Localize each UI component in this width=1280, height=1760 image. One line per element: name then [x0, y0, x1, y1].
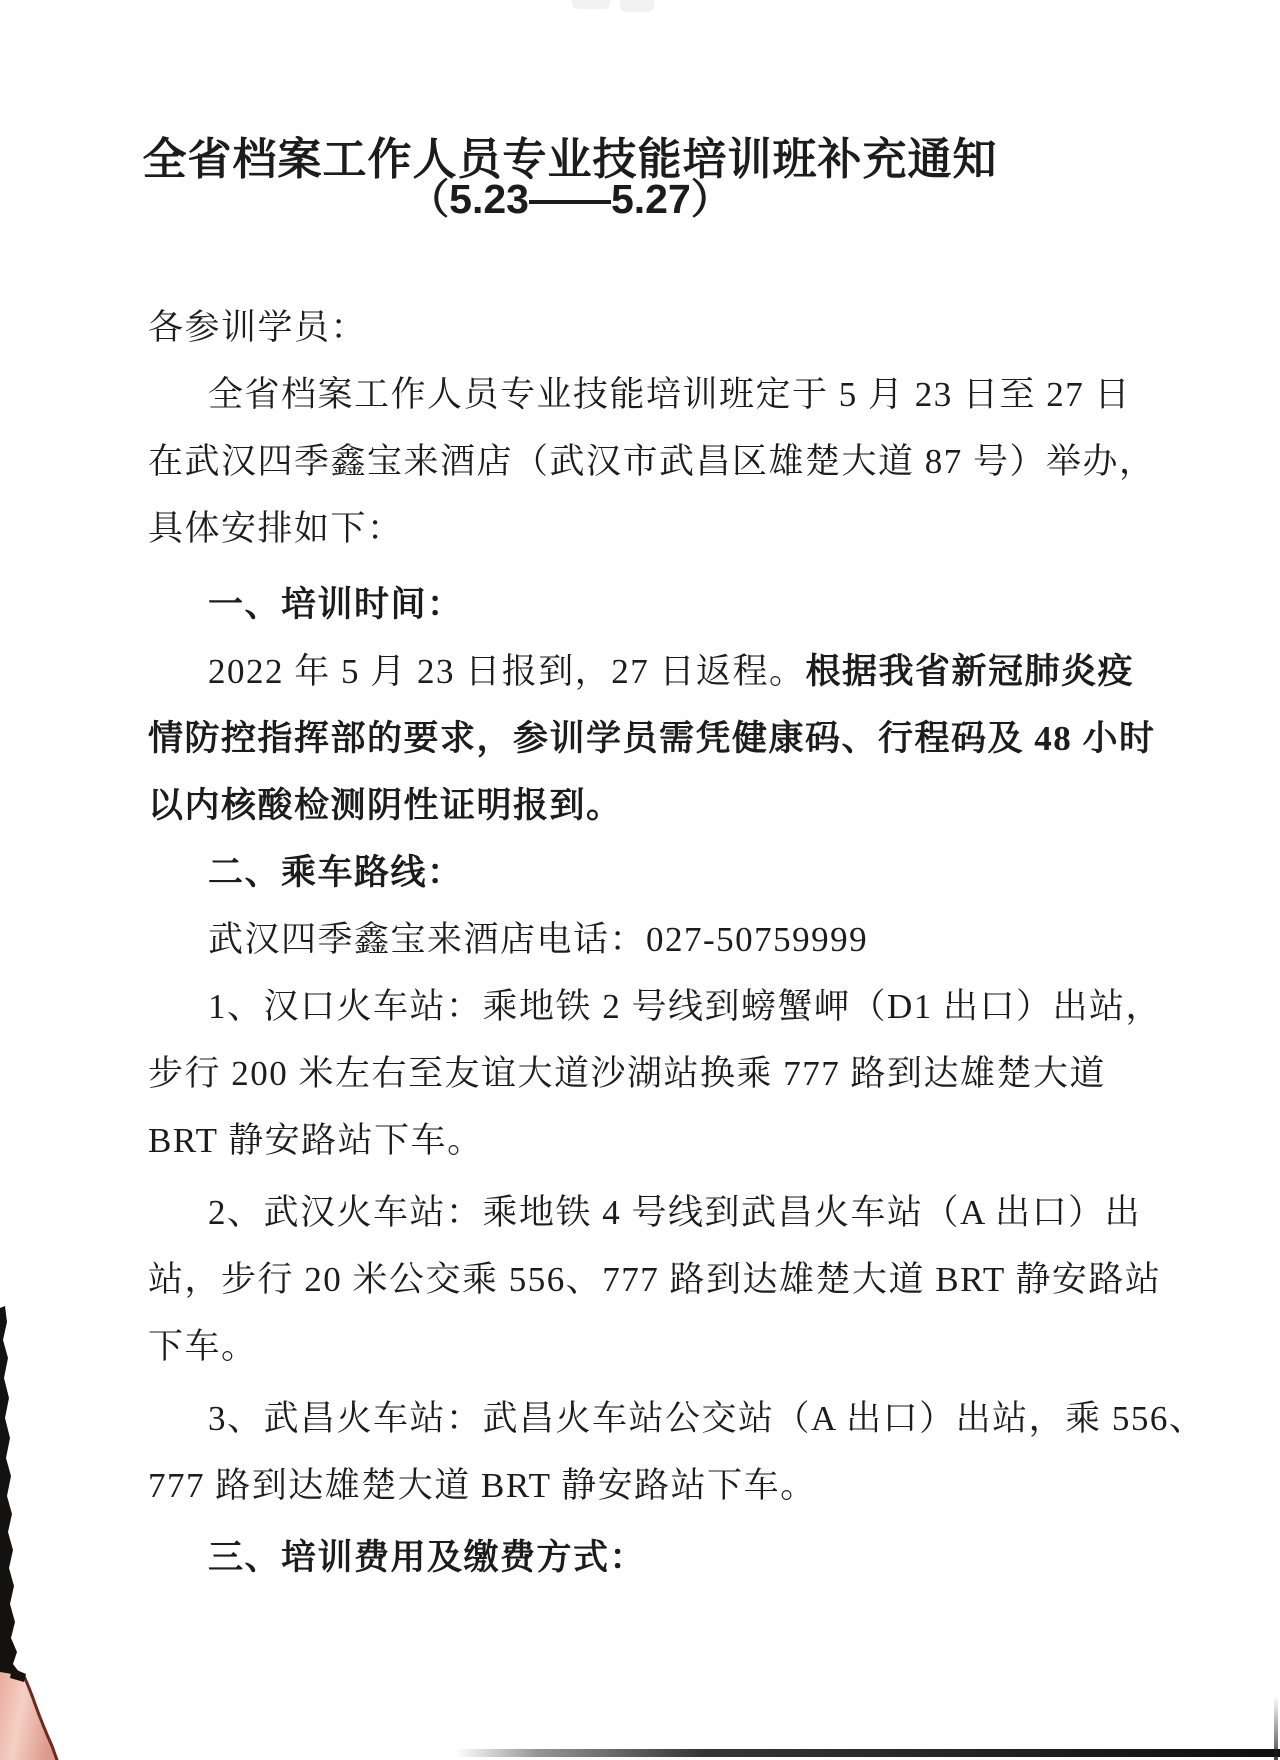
doc-line: 一、培训时间：: [148, 571, 1108, 638]
doc-line: 以内核酸检测阴性证明报到。: [148, 772, 1108, 839]
right-edge-shadow: [1274, 1696, 1278, 1760]
line-segment: 以内核酸检测阴性证明报到。: [148, 786, 623, 825]
doc-line: 3、武昌火车站：武昌火车站公交站（A 出口）出站，乘 556、: [148, 1385, 1108, 1452]
line-segment: 站，步行 20 米公交乘 556、777 路到达雄楚大道 BRT 静安路站: [148, 1260, 1161, 1299]
line-segment: 1、汉口火车站：乘地铁 2 号线到螃蟹岬（D1 出口）出站，: [208, 987, 1162, 1026]
doc-line: 三、培训费用及缴费方式：: [148, 1524, 1108, 1591]
line-segment: 777 路到达雄楚大道 BRT 静安路站下车。: [148, 1466, 817, 1505]
doc-line: 全省档案工作人员专业技能培训班定于 5 月 23 日至 27 日: [148, 361, 1108, 428]
doc-line: 2、武汉火车站：乘地铁 4 号线到武昌火车站（A 出口）出: [148, 1179, 1108, 1246]
line-segment: 在武汉四季鑫宝来酒店（武汉市武昌区雄楚大道 87 号）举办，: [148, 442, 1156, 481]
top-smudge: [572, 0, 610, 9]
line-segment: 全省档案工作人员专业技能培训班定于 5 月 23 日至 27 日: [208, 375, 1131, 414]
doc-line: BRT 静安路站下车。: [148, 1107, 1108, 1174]
doc-line: 武汉四季鑫宝来酒店电话：027-50759999: [148, 906, 1108, 973]
line-segment: 3、武昌火车站：武昌火车站公交站（A 出口）出站，乘 556、: [208, 1399, 1205, 1438]
line-segment: 二、乘车路线：: [208, 853, 464, 892]
line-segment: 下车。: [148, 1327, 258, 1366]
notice-body: 各参训学员：全省档案工作人员专业技能培训班定于 5 月 23 日至 27 日在武…: [148, 294, 1108, 1591]
line-segment: 各参训学员：: [148, 308, 367, 347]
doc-line: 下车。: [148, 1313, 1108, 1380]
line-segment: 武汉四季鑫宝来酒店电话：027-50759999: [208, 920, 868, 959]
paper-edge-artifact: [0, 1300, 70, 1760]
line-segment: 三、培训费用及缴费方式：: [208, 1538, 646, 1577]
scanned-notice-page: 全省档案工作人员专业技能培训班补充通知 （5.23——5.27） 各参训学员：全…: [0, 0, 1280, 1760]
doc-line: 步行 200 米左右至友谊大道沙湖站换乘 777 路到达雄楚大道: [148, 1040, 1108, 1107]
line-segment: 2、武汉火车站：乘地铁 4 号线到武昌火车站（A 出口）出: [208, 1193, 1141, 1232]
doc-line: 具体安排如下：: [148, 495, 1108, 562]
bottom-edge-shadow: [455, 1749, 1280, 1757]
notice-subtitle: （5.23——5.27）: [40, 166, 1100, 225]
doc-line: 1、汉口火车站：乘地铁 2 号线到螃蟹岬（D1 出口）出站，: [148, 973, 1108, 1040]
doc-line: 2022 年 5 月 23 日报到，27 日返程。根据我省新冠肺炎疫: [148, 638, 1108, 705]
line-segment: BRT 静安路站下车。: [148, 1121, 484, 1160]
torn-edge-shape: [0, 1306, 19, 1680]
line-segment: 具体安排如下：: [148, 509, 404, 548]
doc-line: 在武汉四季鑫宝来酒店（武汉市武昌区雄楚大道 87 号）举办，: [148, 428, 1108, 495]
doc-line: 777 路到达雄楚大道 BRT 静安路站下车。: [148, 1452, 1108, 1519]
doc-line: 各参训学员：: [148, 294, 1108, 361]
line-segment: 情防控指挥部的要求，参训学员需凭健康码、行程码及 48 小时: [148, 719, 1156, 758]
line-segment: 2022 年 5 月 23 日报到，27 日返程。: [208, 652, 806, 691]
line-segment: 根据我省新冠肺炎疫: [806, 652, 1135, 691]
doc-line: 站，步行 20 米公交乘 556、777 路到达雄楚大道 BRT 静安路站: [148, 1246, 1108, 1313]
line-segment: 一、培训时间：: [208, 585, 464, 624]
doc-line: 二、乘车路线：: [148, 839, 1108, 906]
top-smudge: [620, 0, 654, 12]
doc-line: 情防控指挥部的要求，参训学员需凭健康码、行程码及 48 小时: [148, 705, 1108, 772]
line-segment: 步行 200 米左右至友谊大道沙湖站换乘 777 路到达雄楚大道: [148, 1054, 1106, 1093]
